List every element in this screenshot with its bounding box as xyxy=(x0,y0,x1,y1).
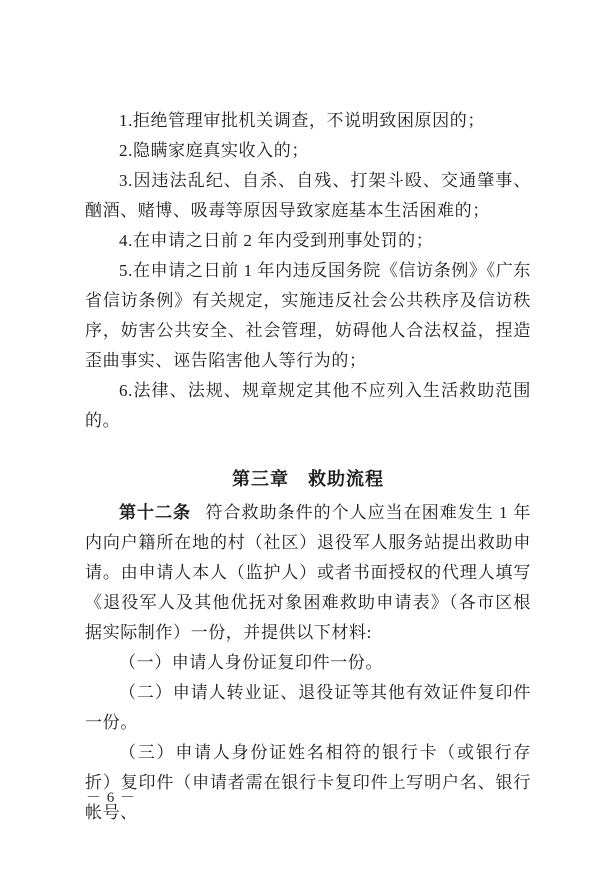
clause-6: 6.法律、法规、规章规定其他不应列入生活救助范围的。 xyxy=(85,376,531,436)
article-12-text: 符合救助条件的个人应当在困难发生 1 年内向户籍所在地的村（社区）退役军人服务站… xyxy=(85,503,531,642)
page-number: － 6 － xyxy=(86,788,136,808)
chapter-heading: 第三章 救助流程 xyxy=(85,464,531,494)
clause-1: 1.拒绝管理审批机关调查，不说明致困原因的； xyxy=(85,106,531,136)
document-body: 1.拒绝管理审批机关调查，不说明致困原因的； 2.隐瞒家庭真实收入的； 3.因违… xyxy=(85,106,531,828)
material-item-1: （一）申请人身份证复印件一份。 xyxy=(85,648,531,678)
material-item-2: （二）申请人转业证、退役证等其他有效证件复印件一份。 xyxy=(85,678,531,738)
clause-4: 4.在申请之日前 2 年内受到刑事处罚的； xyxy=(85,226,531,256)
document-page: 1.拒绝管理审批机关调查，不说明致困原因的； 2.隐瞒家庭真实收入的； 3.因违… xyxy=(0,0,615,875)
clause-2: 2.隐瞒家庭真实收入的； xyxy=(85,136,531,166)
article-12-label: 第十二条 xyxy=(119,503,191,522)
article-12-paragraph: 第十二条符合救助条件的个人应当在困难发生 1 年内向户籍所在地的村（社区）退役军… xyxy=(85,498,531,648)
clause-5: 5.在申请之日前 1 年内违反国务院《信访条例》《广东省信访条例》有关规定，实施… xyxy=(85,256,531,376)
clause-3: 3.因违法乱纪、自杀、自残、打架斗殴、交通肇事、酗酒、赌博、吸毒等原因导致家庭基… xyxy=(85,166,531,226)
material-item-3: （三）申请人身份证姓名相符的银行卡（或银行存折）复印件（申请者需在银行卡复印件上… xyxy=(85,738,531,828)
